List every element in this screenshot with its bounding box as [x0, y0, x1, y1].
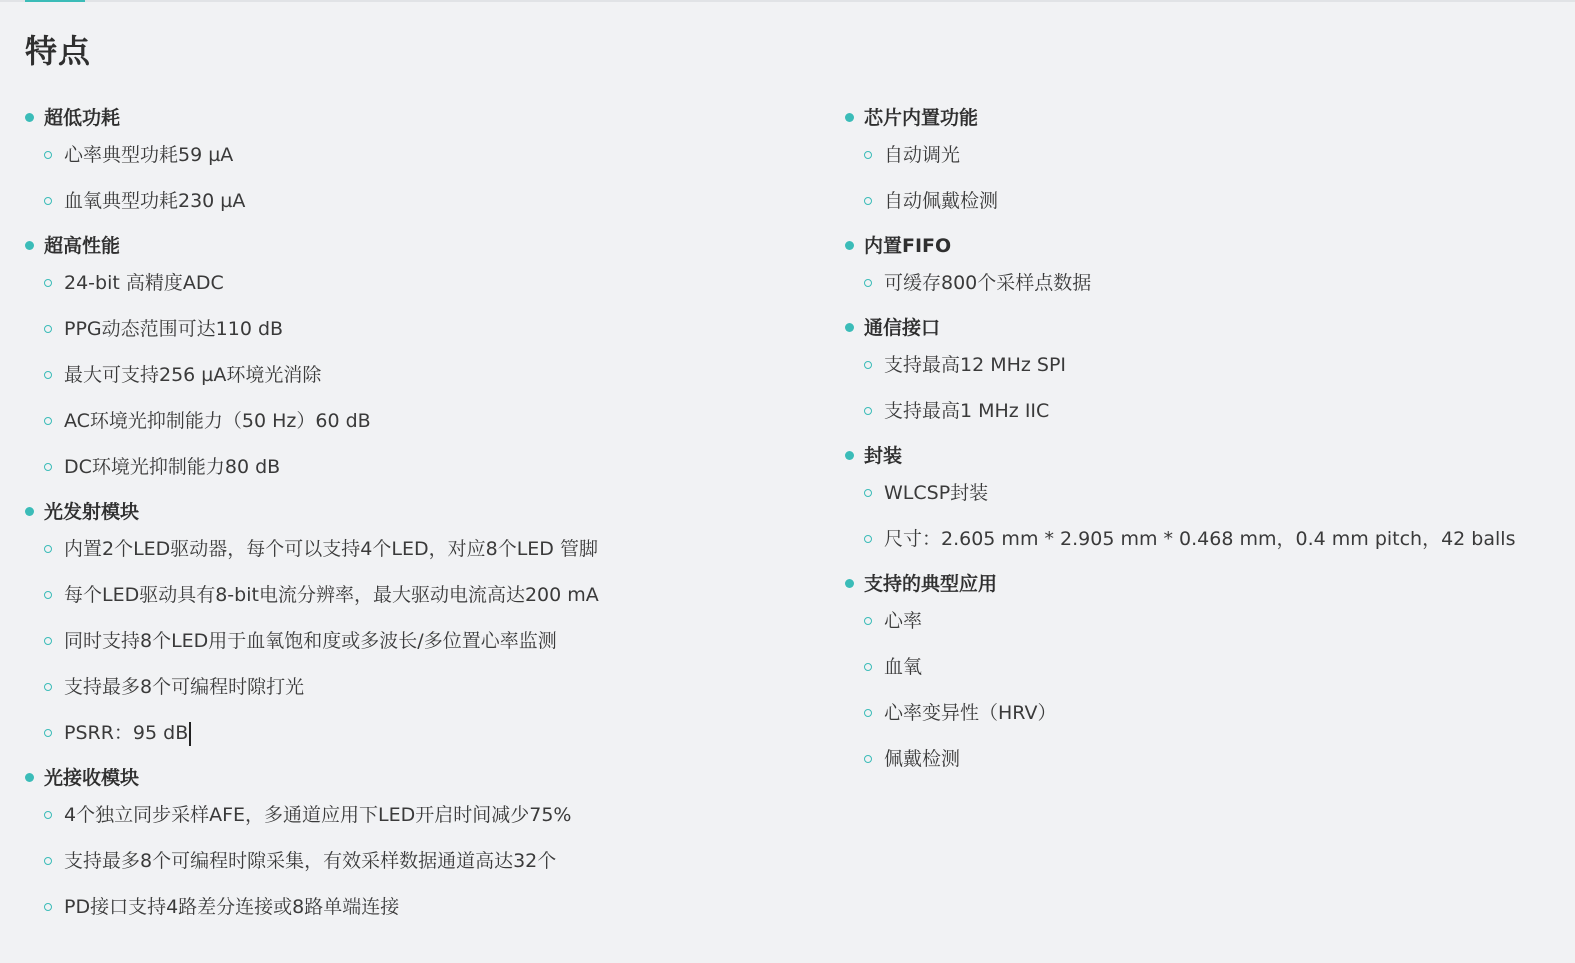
category-heading: 超高性能 [44, 235, 120, 257]
list-item: 24-bit 高精度ADC [25, 264, 815, 310]
list-item: 内置2个LED驱动器，每个可以支持4个LED，对应8个LED 管脚 [25, 530, 815, 576]
active-tab-indicator [25, 0, 85, 2]
category-heading: 光发射模块 [44, 501, 139, 523]
bullet-ring-icon [44, 903, 52, 911]
feature-category-applications: 支持的典型应用 心率 血氧 心率变异性（HRV） 佩戴检测 [845, 566, 1565, 786]
bullet-ring-icon [864, 709, 872, 717]
category-heading: 光接收模块 [44, 767, 139, 789]
category-heading: 支持的典型应用 [864, 573, 997, 595]
bullet-ring-icon [44, 811, 52, 819]
list-item: 可缓存800个采样点数据 [845, 264, 1565, 310]
bullet-ring-icon [44, 591, 52, 599]
bullet-ring-icon [44, 545, 52, 553]
feature-category-package: 封装 WLCSP封装 尺寸：2.605 mm * 2.905 mm * 0.46… [845, 438, 1565, 566]
feature-category-interface: 通信接口 支持最高12 MHz SPI 支持最高1 MHz IIC [845, 310, 1565, 438]
bullet-ring-icon [864, 197, 872, 205]
list-item: 支持最多8个可编程时隙打光 [25, 668, 815, 714]
bullet-dot-icon [25, 773, 34, 782]
bullet-dot-icon [845, 323, 854, 332]
bullet-ring-icon [44, 683, 52, 691]
bullet-ring-icon [44, 197, 52, 205]
feature-category-high-performance: 超高性能 24-bit 高精度ADC PPG动态范围可达110 dB 最大可支持… [25, 228, 815, 494]
list-item: DC环境光抑制能力80 dB [25, 448, 815, 494]
bullet-ring-icon [864, 279, 872, 287]
bullet-ring-icon [864, 361, 872, 369]
list-item: 每个LED驱动具有8-bit电流分辨率，最大驱动电流高达200 mA [25, 576, 815, 622]
bullet-ring-icon [864, 407, 872, 415]
bullet-ring-icon [864, 617, 872, 625]
list-item: 自动调光 [845, 136, 1565, 182]
list-item: 心率 [845, 602, 1565, 648]
list-item: AC环境光抑制能力（50 Hz）60 dB [25, 402, 815, 448]
list-item: PD接口支持4路差分连接或8路单端连接 [25, 888, 815, 934]
list-item: 同时支持8个LED用于血氧饱和度或多波长/多位置心率监测 [25, 622, 815, 668]
bullet-ring-icon [44, 637, 52, 645]
features-right-column: 芯片内置功能 自动调光 自动佩戴检测 内置FIFO 可缓存800个采样点数据 通… [845, 100, 1565, 786]
bullet-ring-icon [44, 325, 52, 333]
list-item: 支持最多8个可编程时隙采集，有效采样数据通道高达32个 [25, 842, 815, 888]
list-item: PPG动态范围可达110 dB [25, 310, 815, 356]
features-left-column: 超低功耗 心率典型功耗59 µA 血氧典型功耗230 µA 超高性能 24-bi… [25, 100, 815, 934]
feature-category-on-chip: 芯片内置功能 自动调光 自动佩戴检测 [845, 100, 1565, 228]
bullet-dot-icon [25, 113, 34, 122]
bullet-ring-icon [44, 463, 52, 471]
bullet-ring-icon [44, 417, 52, 425]
category-heading: 通信接口 [864, 317, 940, 339]
bullet-dot-icon [25, 241, 34, 250]
feature-category-light-receiver: 光接收模块 4个独立同步采样AFE，多通道应用下LED开启时间减少75% 支持最… [25, 760, 815, 934]
bullet-ring-icon [44, 151, 52, 159]
list-item: 心率典型功耗59 µA [25, 136, 815, 182]
list-item: 佩戴检测 [845, 740, 1565, 786]
list-item: 自动佩戴检测 [845, 182, 1565, 228]
bullet-ring-icon [864, 663, 872, 671]
list-item: WLCSP封装 [845, 474, 1565, 520]
bullet-dot-icon [845, 113, 854, 122]
bullet-ring-icon [44, 371, 52, 379]
list-item: 最大可支持256 µA环境光消除 [25, 356, 815, 402]
bullet-ring-icon [864, 535, 872, 543]
bullet-ring-icon [44, 729, 52, 737]
category-heading: 封装 [864, 445, 902, 467]
bullet-ring-icon [864, 489, 872, 497]
category-heading: 内置FIFO [864, 235, 951, 257]
bullet-dot-icon [25, 507, 34, 516]
bullet-dot-icon [845, 451, 854, 460]
bullet-dot-icon [845, 241, 854, 250]
list-item: 尺寸：2.605 mm * 2.905 mm * 0.468 mm，0.4 mm… [845, 520, 1565, 566]
category-heading: 芯片内置功能 [864, 107, 978, 129]
list-item: 血氧 [845, 648, 1565, 694]
feature-category-fifo: 内置FIFO 可缓存800个采样点数据 [845, 228, 1565, 310]
bullet-dot-icon [845, 579, 854, 588]
page-title: 特点 [25, 26, 91, 72]
category-heading: 超低功耗 [44, 107, 120, 129]
bullet-ring-icon [864, 151, 872, 159]
list-item: 支持最高1 MHz IIC [845, 392, 1565, 438]
list-item: PSRR：95 dB [25, 714, 815, 760]
list-item: 支持最高12 MHz SPI [845, 346, 1565, 392]
bullet-ring-icon [864, 755, 872, 763]
list-item: 4个独立同步采样AFE，多通道应用下LED开启时间减少75% [25, 796, 815, 842]
bullet-ring-icon [44, 857, 52, 865]
feature-category-light-emitter: 光发射模块 内置2个LED驱动器，每个可以支持4个LED，对应8个LED 管脚 … [25, 494, 815, 760]
text-cursor [189, 722, 191, 746]
list-item: 心率变异性（HRV） [845, 694, 1565, 740]
list-item: 血氧典型功耗230 µA [25, 182, 815, 228]
top-divider [0, 0, 1575, 2]
bullet-ring-icon [44, 279, 52, 287]
feature-category-low-power: 超低功耗 心率典型功耗59 µA 血氧典型功耗230 µA [25, 100, 815, 228]
